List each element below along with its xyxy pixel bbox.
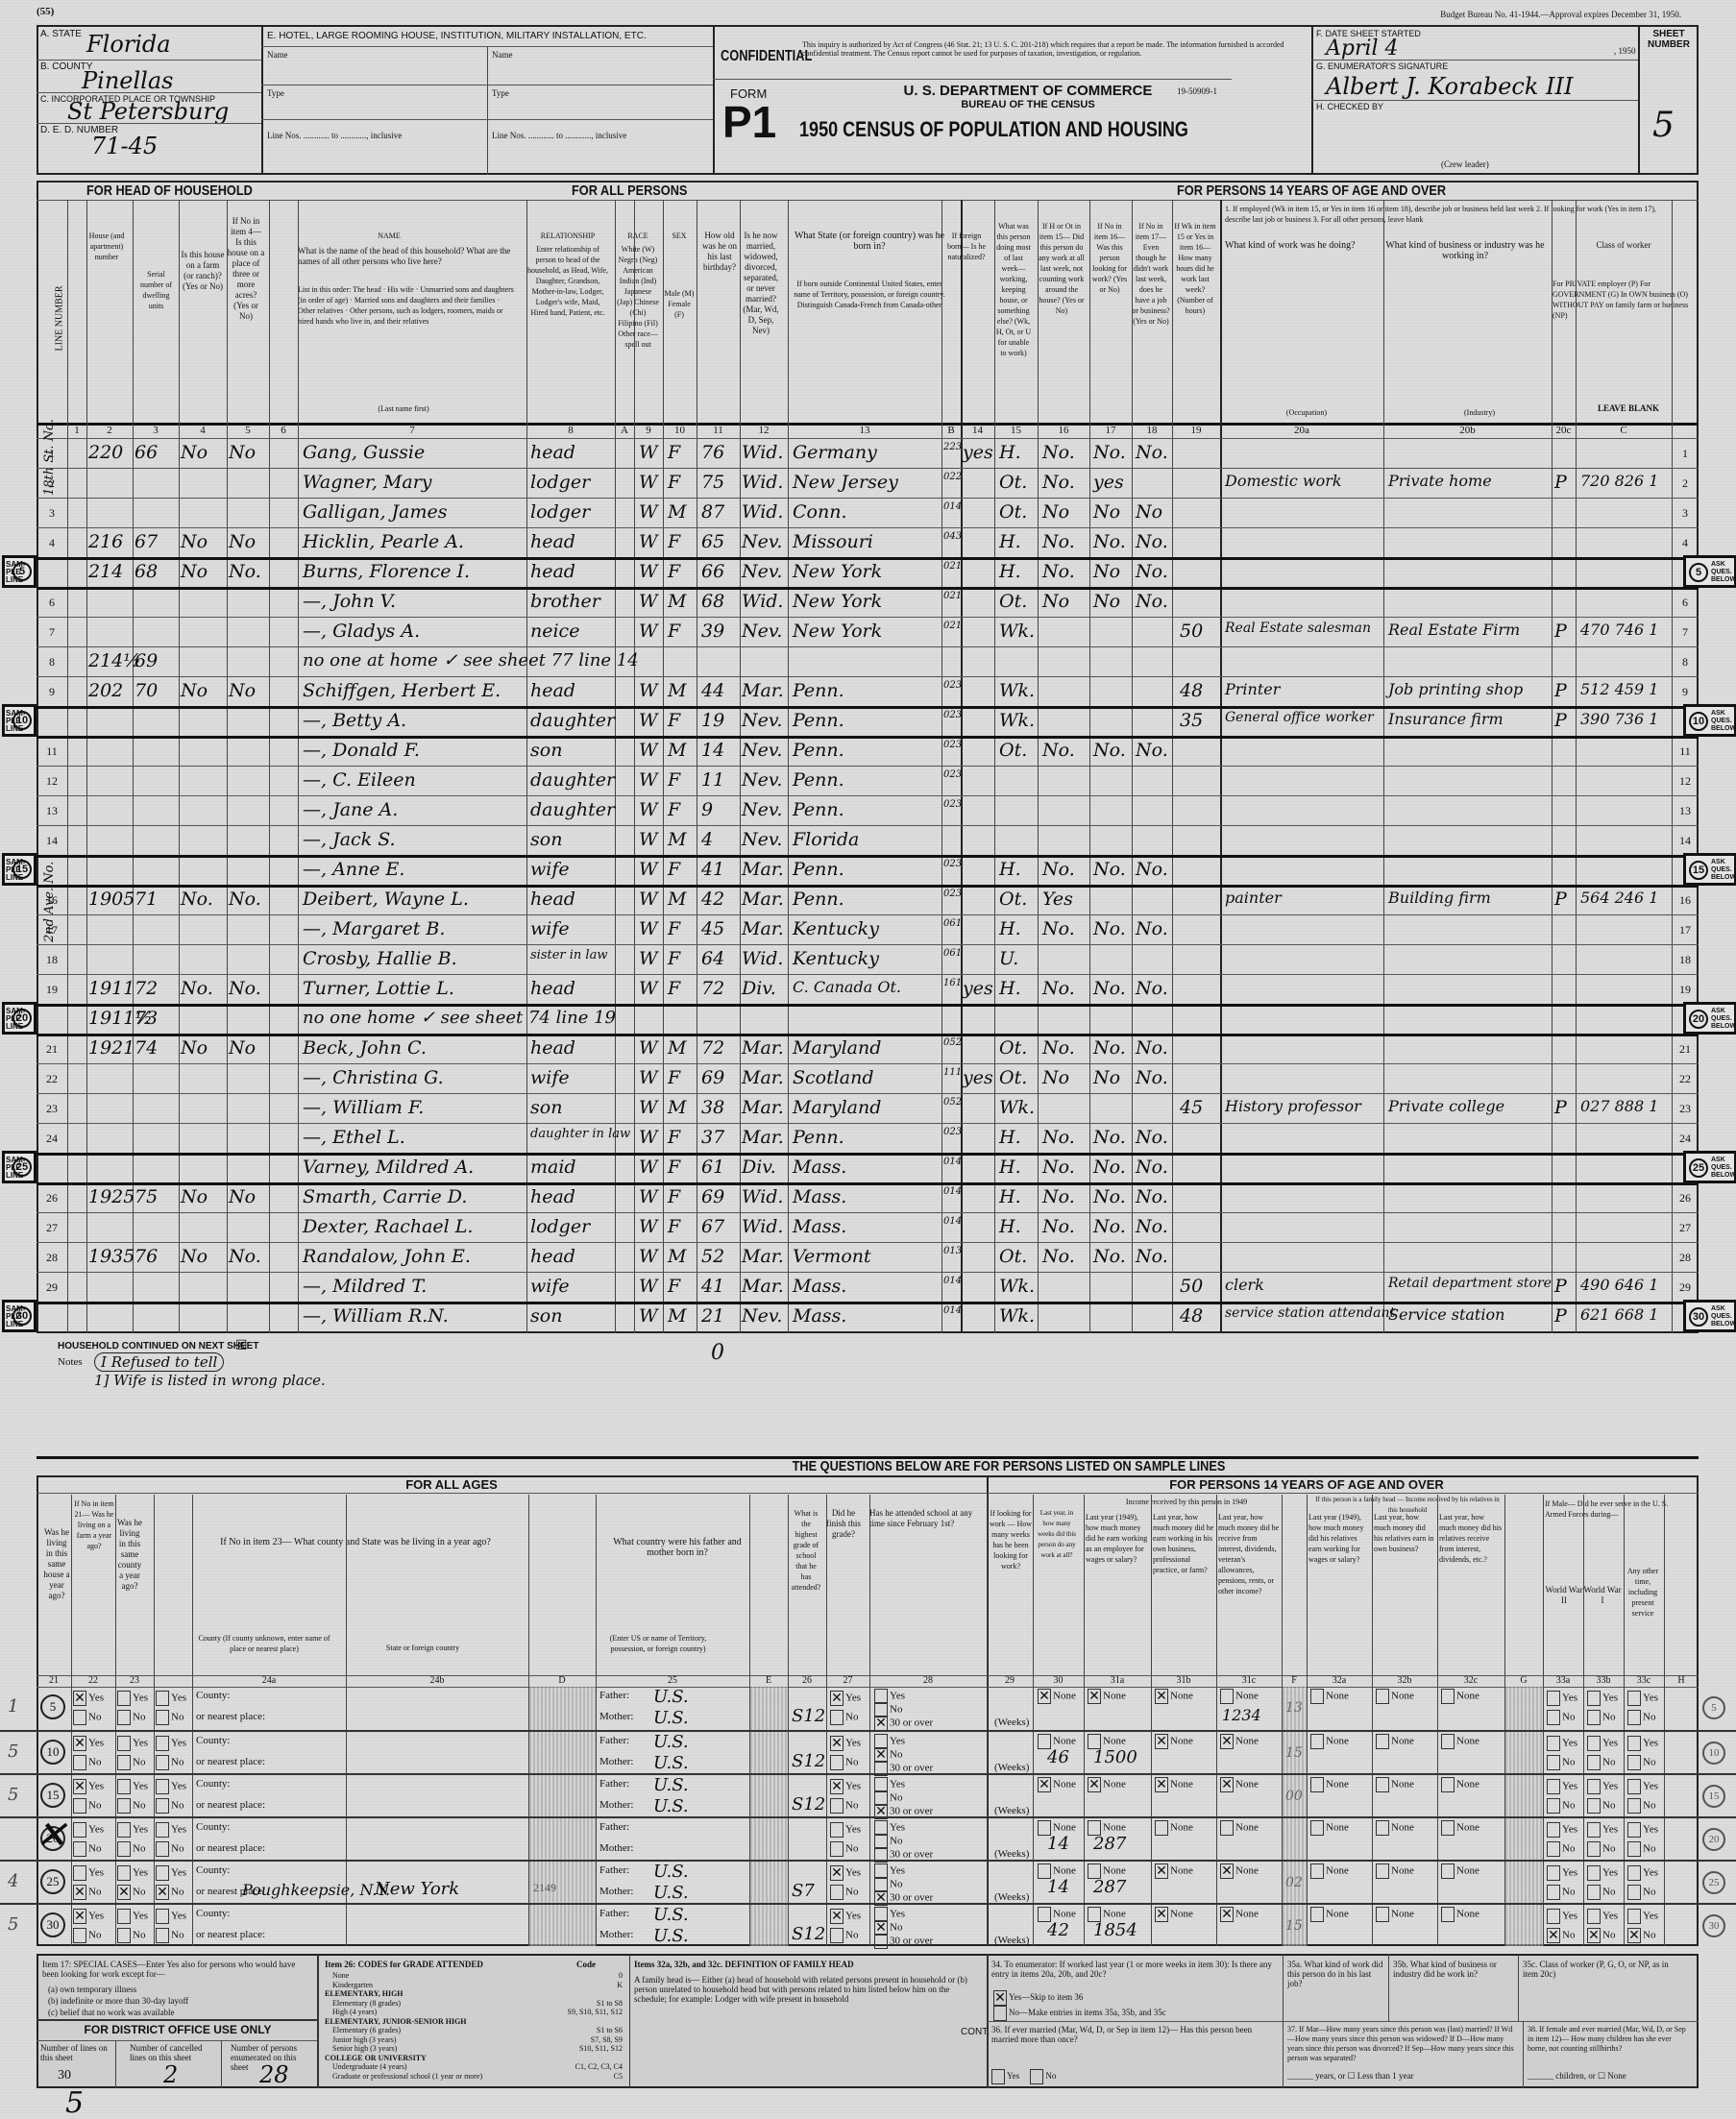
- farm: No: [181, 1037, 208, 1059]
- farm: No: [181, 680, 208, 701]
- q33a-header: World War II: [1545, 1585, 1583, 1606]
- person-name: Burns, Florence I.: [303, 561, 470, 582]
- code-b: 022: [943, 472, 962, 482]
- marital-status: Wid.: [742, 472, 783, 493]
- q33-no-checkbox[interactable]: [1587, 1755, 1601, 1770]
- q36-options[interactable]: Yes No: [991, 2069, 1056, 2084]
- leave-blank-c: LEAVE BLANK: [1585, 403, 1672, 414]
- q37-footer: ______ years, or ☐ Less than 1 year: [1287, 2071, 1414, 2081]
- q31a-none-checkbox[interactable]: ✕: [1088, 1777, 1101, 1792]
- code-b: 014: [943, 1305, 962, 1316]
- q23-no-checkbox[interactable]: [156, 1841, 169, 1857]
- q33-no-checkbox[interactable]: [1627, 1755, 1641, 1770]
- relationship: head: [530, 1246, 575, 1267]
- q22-yes-checkbox[interactable]: [117, 1822, 131, 1838]
- activity: H.: [999, 859, 1021, 880]
- persons14-header: FOR PERSONS 14 YEARS OF AGE AND OVER: [1177, 183, 1446, 199]
- q33-yes-checkbox[interactable]: [1627, 1909, 1641, 1924]
- q31c-none-checkbox[interactable]: ✕: [1220, 1863, 1234, 1879]
- q33-yes-checkbox[interactable]: [1627, 1865, 1641, 1881]
- q31c-none-checkbox[interactable]: ✕: [1220, 1907, 1234, 1922]
- q33-no-checkbox[interactable]: [1547, 1841, 1560, 1857]
- has-job: No.: [1136, 1246, 1168, 1267]
- sample-column-number: 33c: [1624, 1675, 1664, 1686]
- occupation: Real Estate salesman: [1225, 621, 1371, 636]
- person-name: Smarth, Carrie D.: [303, 1186, 467, 1207]
- finish-no-checkbox[interactable]: [830, 1798, 844, 1814]
- q22-yes-checkbox[interactable]: [117, 1691, 131, 1706]
- q16-header: If H or Ot in item 15— Did this person d…: [1038, 221, 1086, 316]
- line-number: 8: [38, 655, 65, 670]
- q33-no-checkbox[interactable]: ✕: [1627, 1928, 1641, 1943]
- father-label: Father:: [599, 1822, 629, 1832]
- worked: No.: [1042, 531, 1075, 552]
- q23-yes-checkbox[interactable]: [156, 1909, 169, 1924]
- q22-no-checkbox[interactable]: [117, 1755, 131, 1770]
- code-c: 490 646 1: [1580, 1276, 1658, 1294]
- mother-birthplace: U.S.: [653, 1708, 689, 1728]
- serial-number: 74: [134, 1037, 158, 1059]
- q32-none-checkbox[interactable]: [1441, 1689, 1455, 1704]
- sample-column-number: 32c: [1437, 1675, 1504, 1686]
- q22-no-checkbox[interactable]: [117, 1710, 131, 1725]
- table-row: 9920270NoNoSchiffgen, Herbert E.headWM44…: [37, 676, 1689, 706]
- column-number: 17: [1089, 425, 1132, 436]
- q33-yes-checkbox[interactable]: [1627, 1822, 1641, 1838]
- q31b-header: Last year, how much money did he earn wo…: [1153, 1512, 1214, 1575]
- grade-code-entry: Elementary (6 grades)S1 to S6: [325, 2026, 623, 2035]
- q33-yes-checkbox[interactable]: [1587, 1779, 1601, 1794]
- q33-yes-checkbox[interactable]: [1627, 1736, 1641, 1751]
- age: 75: [701, 472, 724, 493]
- weeks-label: (Weeks): [994, 1849, 1029, 1859]
- table-row: 1118th St. No.22066NoNoGang, GussieheadW…: [37, 438, 1689, 468]
- activity: Ot.: [999, 591, 1027, 612]
- activity: Ot.: [999, 1067, 1027, 1088]
- budget-note: Budget Bureau No. 41-1944.—Approval expi…: [1143, 10, 1681, 19]
- q31c-none-checkbox[interactable]: ✕: [1220, 1777, 1234, 1792]
- q22-yes-checkbox[interactable]: [117, 1736, 131, 1751]
- worked: No.: [1042, 918, 1075, 939]
- occupation: Domestic work: [1225, 472, 1342, 490]
- line-number: 29: [38, 1280, 65, 1295]
- finish-no-checkbox[interactable]: [830, 1710, 844, 1725]
- finish-no-checkbox[interactable]: [830, 1885, 844, 1900]
- mother-birthplace: U.S.: [653, 1753, 689, 1773]
- code-b: 052: [943, 1097, 962, 1108]
- q22-header: If No in item 21— Was he living on a far…: [73, 1498, 115, 1551]
- table-row: 1717—, Margaret B.wifeWF45Mar.Kentucky06…: [37, 914, 1689, 944]
- q33-yes-checkbox[interactable]: [1547, 1865, 1560, 1881]
- sex-text: Male (M) Female (F): [663, 288, 696, 320]
- q33-no-checkbox[interactable]: [1587, 1798, 1601, 1814]
- house-number: 214: [88, 561, 123, 582]
- race: W: [639, 1127, 658, 1148]
- serial-header: Serial number of dwelling units: [134, 269, 178, 311]
- q34-no[interactable]: No—Make entries in items 35a, 35b, and 3…: [993, 2006, 1166, 2021]
- q23-yes-checkbox[interactable]: [156, 1736, 169, 1751]
- q33-no-checkbox[interactable]: [1587, 1885, 1601, 1900]
- looking-for-work: No: [1093, 591, 1120, 612]
- line-number-right: 17: [1674, 923, 1697, 938]
- looking-for-work: No.: [1093, 1186, 1126, 1207]
- q32-none-checkbox[interactable]: [1441, 1777, 1455, 1792]
- naturalized-header: If foreign born— Is he naturalized?: [947, 231, 986, 262]
- weeks-worked: 14: [1047, 1834, 1069, 1854]
- q31b-none-checkbox[interactable]: ✕: [1155, 1777, 1168, 1792]
- line-number: 13: [38, 804, 65, 818]
- attended-2-checkbox[interactable]: [874, 1934, 888, 1949]
- birthplace: Mass.: [793, 1186, 846, 1207]
- marital-status: Mar.: [742, 859, 784, 880]
- weeks-label: (Weeks): [994, 1806, 1029, 1815]
- marital-status: Nev.: [742, 829, 782, 850]
- code-b: 111: [943, 1067, 962, 1078]
- sex: F: [668, 948, 680, 969]
- q33-no-checkbox[interactable]: [1547, 1710, 1560, 1725]
- marital-status: Mar.: [742, 1097, 784, 1118]
- date-value: April 4: [1326, 37, 1399, 61]
- q34-yes-checkbox[interactable]: ✕: [993, 1990, 1007, 2006]
- q32-none-checkbox[interactable]: [1310, 1907, 1324, 1922]
- marital-status: Nev.: [742, 561, 782, 582]
- finish-yes-checkbox[interactable]: ✕: [830, 1736, 844, 1751]
- q32-none-checkbox[interactable]: [1310, 1820, 1324, 1836]
- code-f: 00: [1285, 1789, 1303, 1804]
- q33-yes-checkbox[interactable]: [1587, 1822, 1601, 1838]
- q33-yes-checkbox[interactable]: [1587, 1691, 1601, 1706]
- q33-yes-checkbox[interactable]: [1627, 1779, 1641, 1794]
- industry: Real Estate Firm: [1388, 621, 1520, 639]
- q32-none-checkbox[interactable]: [1310, 1689, 1324, 1704]
- district-office-label: FOR DISTRICT OFFICE USE ONLY: [38, 2023, 317, 2036]
- q21-yes-checkbox[interactable]: ✕: [73, 1691, 86, 1706]
- column-number: 18: [1132, 425, 1172, 436]
- looking-for-work: No.: [1093, 859, 1126, 880]
- table-row: 4421667NoNoHicklin, Pearle A.headWF65Nev…: [37, 527, 1689, 557]
- finish-no-checkbox[interactable]: [830, 1841, 844, 1857]
- activity: H.: [999, 1127, 1021, 1148]
- q22-yes-checkbox[interactable]: [117, 1909, 131, 1924]
- class-of-worker: P: [1554, 680, 1567, 701]
- q23-yes-checkbox[interactable]: [156, 1865, 169, 1881]
- house-number: 202: [88, 680, 123, 701]
- q31b-none-checkbox[interactable]: ✕: [1155, 1907, 1168, 1922]
- q32-none-checkbox[interactable]: [1310, 1863, 1324, 1879]
- code-b: 014: [943, 1276, 962, 1286]
- lines-on-sheet-label: Number of lines on this sheet: [40, 2043, 113, 2062]
- q32-none-checkbox[interactable]: [1441, 1863, 1455, 1879]
- father-birthplace: U.S.: [653, 1905, 689, 1925]
- sex: F: [668, 1067, 680, 1088]
- activity: Ot.: [999, 501, 1027, 523]
- q23-yes-checkbox[interactable]: [156, 1822, 169, 1838]
- q32-none-checkbox[interactable]: [1441, 1734, 1455, 1749]
- household-continued-checkbox[interactable]: ☒: [235, 1338, 248, 1354]
- finish-yes-checkbox[interactable]: ✕: [830, 1909, 844, 1924]
- q33-yes-checkbox[interactable]: [1587, 1736, 1601, 1751]
- serial-number: 66: [134, 442, 158, 463]
- table-row: SAM-PLELINE3030ASKQUES.BELOW—, William R…: [37, 1302, 1689, 1331]
- birthplace: Missouri: [793, 531, 873, 552]
- q32-none-checkbox[interactable]: [1376, 1689, 1389, 1704]
- sample-line-number-right: 30: [1702, 1914, 1725, 1937]
- finish-yes-checkbox[interactable]: ✕: [830, 1779, 844, 1794]
- q33-yes-checkbox[interactable]: [1587, 1865, 1601, 1881]
- finish-no-checkbox[interactable]: [830, 1928, 844, 1943]
- code-b: 161: [943, 978, 962, 988]
- serial-number: 76: [134, 1246, 158, 1267]
- sample-row: 510✕YesNoYesNoYesNoCounty:or nearest pla…: [0, 1730, 1736, 1773]
- q33-no-checkbox[interactable]: [1627, 1710, 1641, 1725]
- q22-no-checkbox[interactable]: [117, 1841, 131, 1857]
- q22-no-checkbox[interactable]: ✕: [117, 1885, 131, 1900]
- sex: F: [668, 1157, 680, 1178]
- crew-label: (Crew leader): [1441, 159, 1489, 169]
- finish-yes-checkbox[interactable]: ✕: [830, 1865, 844, 1881]
- sample-line-number-right: 5: [1702, 1696, 1725, 1719]
- q33-yes-checkbox[interactable]: [1547, 1691, 1560, 1706]
- q33-no-checkbox[interactable]: ✕: [1547, 1928, 1560, 1943]
- looking-for-work: No.: [1093, 1037, 1126, 1059]
- note-2: 1] Wife is listed in wrong place.: [94, 1372, 326, 1389]
- line-number-right: 3: [1674, 506, 1697, 521]
- q21-yes-checkbox[interactable]: ✕: [73, 1736, 86, 1751]
- finish-no-checkbox[interactable]: [830, 1755, 844, 1770]
- q22-yes-checkbox[interactable]: [117, 1865, 131, 1881]
- marital-header: Is he now married, widowed, divorced, se…: [742, 231, 780, 336]
- q32-none-checkbox[interactable]: [1376, 1907, 1389, 1922]
- acres: No.: [229, 1246, 261, 1267]
- q32-none-checkbox[interactable]: [1310, 1777, 1324, 1792]
- q33-no-checkbox[interactable]: [1627, 1798, 1641, 1814]
- worked: Yes: [1042, 889, 1073, 910]
- line-number-right: 4: [1674, 536, 1697, 550]
- race: W: [639, 680, 658, 701]
- sample-column-number: 33b: [1583, 1675, 1624, 1686]
- q30-none-checkbox[interactable]: ✕: [1038, 1689, 1051, 1704]
- sample-column-number: 26: [788, 1675, 826, 1686]
- class-of-worker: P: [1554, 621, 1567, 642]
- ask-questions-below-marker: 15ASKQUES.BELOW: [1683, 853, 1736, 886]
- q31c-none-checkbox[interactable]: [1220, 1689, 1234, 1704]
- activity: U.: [999, 948, 1018, 969]
- q32-none-checkbox[interactable]: [1310, 1734, 1324, 1749]
- occupation: clerk: [1225, 1276, 1264, 1294]
- table-row: 2828193576NoNo.Randalow, John E.headWM52…: [37, 1242, 1689, 1272]
- sample-column-number: 31c: [1216, 1675, 1282, 1686]
- q20b-header: What kind of business or industry was he…: [1383, 240, 1547, 261]
- code-b: 223: [943, 442, 962, 452]
- sample-column-number: E: [749, 1675, 788, 1686]
- q23-yes-checkbox[interactable]: [156, 1779, 169, 1794]
- q33-yes-checkbox[interactable]: [1547, 1822, 1560, 1838]
- birthplace: Germany: [793, 442, 877, 463]
- person-name: no one at home ✓ see sheet 77 line 14: [303, 650, 639, 670]
- race: W: [639, 1157, 658, 1178]
- column-number: A: [615, 425, 634, 436]
- q21-no-checkbox[interactable]: ✕: [73, 1885, 86, 1900]
- table-row: 1414—, Jack S.sonWM4Nev.Florida: [37, 825, 1689, 855]
- q31a-none-checkbox[interactable]: ✕: [1088, 1689, 1101, 1704]
- q23-yes-checkbox[interactable]: [156, 1691, 169, 1706]
- grade-code-entry: ELEMENTARY, HIGH: [325, 1989, 623, 1999]
- q33-no-checkbox[interactable]: [1547, 1755, 1560, 1770]
- race: W: [639, 859, 658, 880]
- place-value: St Petersburg: [67, 98, 229, 125]
- q33-yes-checkbox[interactable]: [1587, 1909, 1601, 1924]
- has-job: No.: [1136, 442, 1168, 463]
- q33-no-checkbox[interactable]: [1587, 1710, 1601, 1725]
- q21-yes-checkbox[interactable]: ✕: [73, 1909, 86, 1924]
- code-b: 013: [943, 1246, 962, 1256]
- persons-enumerated-value: 28: [259, 2061, 289, 2088]
- q32-none-checkbox[interactable]: [1376, 1863, 1389, 1879]
- farm: No: [181, 442, 208, 463]
- birthplace: Penn.: [793, 859, 844, 880]
- person-name: —, Mildred T.: [303, 1276, 427, 1297]
- finish-yes-checkbox[interactable]: [830, 1822, 844, 1838]
- q33-yes-checkbox[interactable]: [1547, 1779, 1560, 1794]
- q21-no-checkbox[interactable]: [73, 1755, 86, 1770]
- q23-no-checkbox[interactable]: [156, 1928, 169, 1943]
- hours-worked: 48: [1180, 680, 1203, 701]
- sex: F: [668, 769, 680, 791]
- naturalized: yes: [963, 442, 993, 463]
- q32-none-checkbox[interactable]: [1376, 1820, 1389, 1836]
- sample-line-marker: SAM-PLELINE10: [2, 704, 37, 737]
- code-b: 014: [943, 1186, 962, 1197]
- q30-none-checkbox[interactable]: ✕: [1038, 1777, 1051, 1792]
- father-birthplace: U.S.: [653, 1862, 689, 1882]
- q23-no-checkbox[interactable]: ✕: [156, 1885, 169, 1900]
- q33-yes-checkbox[interactable]: [1627, 1691, 1641, 1706]
- q32-none-checkbox[interactable]: [1376, 1734, 1389, 1749]
- q23-no-checkbox[interactable]: [156, 1798, 169, 1814]
- class-of-worker: P: [1554, 710, 1567, 731]
- q32-none-checkbox[interactable]: [1441, 1907, 1455, 1922]
- table-row: SAM-PLELINE55ASKQUES.BELOW21468NoNo.Burn…: [37, 557, 1689, 587]
- q31c-none-checkbox[interactable]: ✕: [1220, 1734, 1234, 1749]
- weeks-worked: 46: [1047, 1747, 1069, 1767]
- q31c-none-checkbox[interactable]: [1220, 1820, 1234, 1836]
- hours-worked: 48: [1180, 1305, 1203, 1327]
- finish-yes-checkbox[interactable]: ✕: [830, 1691, 844, 1706]
- marital-status: Mar.: [742, 918, 784, 939]
- q32-none-checkbox[interactable]: [1376, 1777, 1389, 1792]
- birthplace: Penn.: [793, 710, 844, 731]
- q23-no-checkbox[interactable]: [156, 1755, 169, 1770]
- county-label: County:: [196, 1865, 230, 1875]
- line-number: 19: [38, 983, 65, 997]
- sex: M: [668, 591, 686, 612]
- q21-no-checkbox[interactable]: [73, 1928, 86, 1943]
- q36-yes-checkbox[interactable]: [991, 2069, 1005, 2084]
- activity: Wk.: [999, 1276, 1035, 1297]
- race-header: RACE: [617, 231, 659, 241]
- cont-label: CONT.: [961, 2027, 990, 2037]
- q21-yes-checkbox[interactable]: ✕: [73, 1779, 86, 1794]
- q31b-none-checkbox[interactable]: ✕: [1155, 1689, 1168, 1704]
- marital-status: Mar.: [742, 1037, 784, 1059]
- q32-none-checkbox[interactable]: [1441, 1820, 1455, 1836]
- q23-no-checkbox[interactable]: [156, 1710, 169, 1725]
- age: 42: [701, 889, 724, 910]
- q31b-none-checkbox[interactable]: ✕: [1155, 1863, 1168, 1879]
- sheet-number: 5: [1652, 106, 1675, 145]
- line-number: 23: [38, 1102, 65, 1116]
- house-number: 1905: [88, 889, 134, 910]
- house-number: 1911: [88, 978, 134, 999]
- marital-status: Wid.: [742, 1216, 783, 1237]
- q31c-header: Last year, how much money did he receive…: [1218, 1512, 1280, 1596]
- q34-yes-label: Yes—Skip to item 36: [1009, 1992, 1083, 2002]
- person-name: Schiffgen, Herbert E.: [303, 680, 501, 701]
- highest-grade: S12: [792, 1706, 825, 1726]
- q21-yes-checkbox[interactable]: [73, 1865, 86, 1881]
- sample-line-marker: SAM-PLELINE5: [2, 555, 37, 588]
- q33-no-checkbox[interactable]: [1587, 1841, 1601, 1857]
- q34-no-checkbox[interactable]: [993, 2006, 1007, 2021]
- q21-yes-checkbox[interactable]: [73, 1822, 86, 1838]
- person-name: —, C. Eileen: [303, 769, 416, 791]
- q22-no-checkbox[interactable]: [117, 1798, 131, 1814]
- q33-yes-checkbox[interactable]: [1547, 1736, 1560, 1751]
- has-job: No.: [1136, 1127, 1168, 1148]
- q22-yes-checkbox[interactable]: [117, 1779, 131, 1794]
- age: 76: [701, 442, 724, 463]
- q33-no-checkbox[interactable]: [1547, 1798, 1560, 1814]
- sample-line-number: 10: [40, 1740, 65, 1765]
- race: W: [639, 1246, 658, 1267]
- q21-no-checkbox[interactable]: [73, 1710, 86, 1725]
- attended-2-checkbox[interactable]: ✕: [874, 1716, 888, 1731]
- race: W: [639, 889, 658, 910]
- line-number-right: 8: [1674, 655, 1697, 670]
- q33-no-checkbox[interactable]: [1547, 1885, 1560, 1900]
- q33-no-checkbox[interactable]: ✕: [1587, 1928, 1601, 1943]
- q33c-header: Any other time, including present servic…: [1624, 1566, 1662, 1619]
- q36-no-checkbox[interactable]: [1030, 2069, 1043, 2084]
- serial-number: 73: [134, 1008, 158, 1029]
- q21-no-checkbox[interactable]: [73, 1798, 86, 1814]
- table-row: 22Wagner, MarylodgerWF75Wid.New Jersey02…: [37, 468, 1689, 498]
- worked: No: [1042, 501, 1069, 523]
- q33-yes-checkbox[interactable]: [1547, 1909, 1560, 1924]
- q21-no-checkbox[interactable]: [73, 1841, 86, 1857]
- q22-no-checkbox[interactable]: [117, 1928, 131, 1943]
- occupation-footer: (Occupation): [1268, 407, 1345, 418]
- activity: Ot.: [999, 740, 1027, 761]
- birthplace: Maryland: [793, 1037, 881, 1059]
- mother-label: Mother:: [599, 1712, 633, 1721]
- column-number: 11: [697, 425, 740, 436]
- q33-no-checkbox[interactable]: [1627, 1841, 1641, 1857]
- age: 11: [701, 769, 724, 791]
- line-number-right: 21: [1674, 1042, 1697, 1057]
- q33-no-checkbox[interactable]: [1627, 1885, 1641, 1900]
- sample-line-number: 15: [40, 1783, 65, 1808]
- q34-yes[interactable]: ✕Yes—Skip to item 36: [993, 1990, 1083, 2006]
- sex: M: [668, 1305, 686, 1327]
- race: W: [639, 948, 658, 969]
- q31b-none-checkbox[interactable]: [1155, 1820, 1168, 1836]
- marital-status: Nev.: [742, 621, 782, 642]
- county-label: County:: [196, 1779, 230, 1789]
- sex: M: [668, 829, 686, 850]
- father-birthplace: U.S.: [653, 1732, 689, 1752]
- q31b-none-checkbox[interactable]: ✕: [1155, 1734, 1168, 1749]
